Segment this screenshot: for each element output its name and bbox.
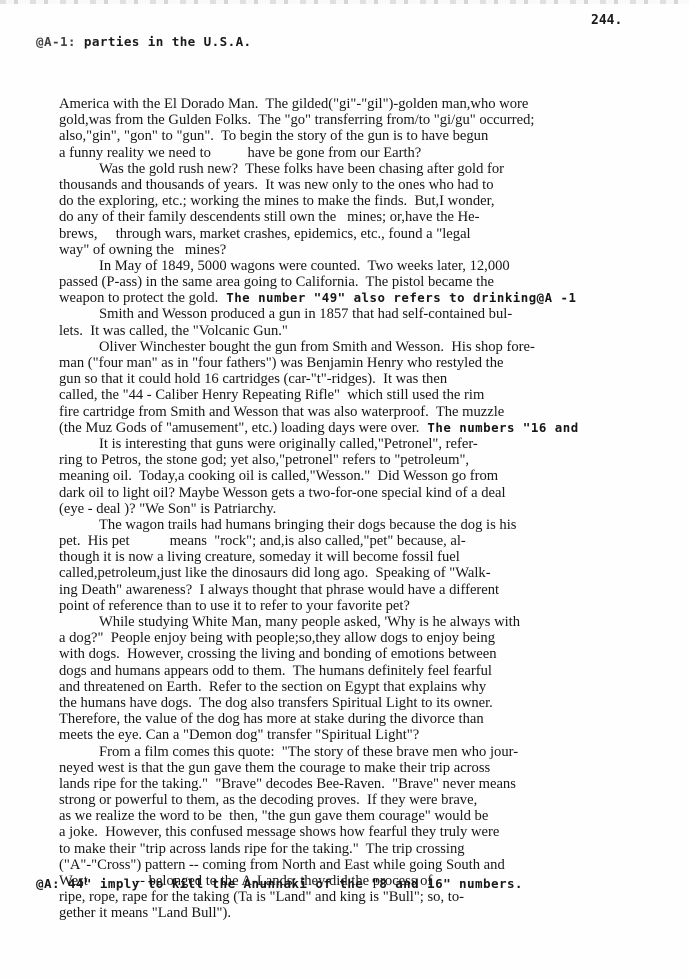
text-line: way" of owning the mines? [59, 242, 679, 258]
text-line: The wagon trails had humans bringing the… [59, 517, 679, 533]
text-line: Oliver Winchester bought the gun from Sm… [59, 339, 679, 355]
header-note-text: parties in the U.S.A. [76, 34, 252, 49]
text-line: dark oil to light oil? Maybe Wesson gets… [59, 485, 679, 501]
text-line: lets. It was called, the "Volcanic Gun." [59, 323, 679, 339]
document-body: America with the El Dorado Man. The gild… [59, 96, 679, 922]
text-line: Was the gold rush new? These folks have … [59, 161, 679, 177]
text-line: weapon to protect the gold. The number "… [59, 290, 679, 306]
text-line: In May of 1849, 5000 wagons were counted… [59, 258, 679, 274]
text-line: America with the El Dorado Man. The gild… [59, 96, 679, 112]
text-line: a dog?" People enjoy being with people;s… [59, 630, 679, 646]
text-line: gold,was from the Gulden Folks. The "go"… [59, 112, 679, 128]
footnote: @A: 44" imply to kill the Anunnaki of th… [36, 876, 523, 891]
page-number: 244. [591, 13, 622, 28]
text-line: ripe, rope, rape for the taking (Ta is "… [59, 889, 679, 905]
text-line: also,"gin", "gon" to "gun". To begin the… [59, 128, 679, 144]
text-line: ring to Petros, the stone god; yet also,… [59, 452, 679, 468]
typed-annotation: The number "49" also refers to drinking@… [218, 290, 576, 305]
text-line: point of reference than to use it to ref… [59, 598, 679, 614]
text-line: (the Muz Gods of "amusement", etc.) load… [59, 420, 679, 436]
text-line: fire cartridge from Smith and Wesson tha… [59, 404, 679, 420]
scan-edge-noise [0, 0, 689, 4]
typed-annotation: The numbers "16 and [419, 420, 578, 435]
text-line: with dogs. However, crossing the living … [59, 646, 679, 662]
text-line: Smith and Wesson produced a gun in 1857 … [59, 306, 679, 322]
text-line: pet. His pet means "rock"; and,is also c… [59, 533, 679, 549]
text-line: though it is now a living creature, some… [59, 549, 679, 565]
text-line: It is interesting that guns were origina… [59, 436, 679, 452]
text-line: From a film comes this quote: "The story… [59, 744, 679, 760]
text-line: to make their "trip across lands ripe fo… [59, 841, 679, 857]
text-line: meets the eye. Can a "Demon dog" transfe… [59, 727, 679, 743]
text-line: do any of their family descendents still… [59, 209, 679, 225]
text-line: Therefore, the value of the dog has more… [59, 711, 679, 727]
text-line: dogs and humans appears odd to them. The… [59, 663, 679, 679]
header-note-tag: @A-1: [36, 34, 76, 49]
text-line: brews, through wars, market crashes, epi… [59, 226, 679, 242]
text-line: the humans have dogs. The dog also trans… [59, 695, 679, 711]
text-line: ing Death" awareness? I always thought t… [59, 582, 679, 598]
text-line: thousands and thousands of years. It was… [59, 177, 679, 193]
text-line: gether it means "Land Bull"). [59, 905, 679, 921]
text-line: neyed west is that the gun gave them the… [59, 760, 679, 776]
text-line: do the exploring, etc.; working the mine… [59, 193, 679, 209]
text-line: While studying White Man, many people as… [59, 614, 679, 630]
text-line: ("A"-"Cross") pattern -- coming from Nor… [59, 857, 679, 873]
text-line: man ("four man" as in "four fathers") wa… [59, 355, 679, 371]
text-line: gun so that it could hold 16 cartridges … [59, 371, 679, 387]
text-line: and threatened on Earth. Refer to the se… [59, 679, 679, 695]
text-line: lands ripe for the taking." "Brave" deco… [59, 776, 679, 792]
text-line: called, the "44 - Caliber Henry Repeatin… [59, 387, 679, 403]
text-line: a funny reality we need to have be gone … [59, 145, 679, 161]
text-line: a joke. However, this confused message s… [59, 824, 679, 840]
text-line: called,petroleum,just like the dinosaurs… [59, 565, 679, 581]
text-line: meaning oil. Today,a cooking oil is call… [59, 468, 679, 484]
text-line: strong or powerful to them, as the decod… [59, 792, 679, 808]
text-line: passed (P-ass) in the same area going to… [59, 274, 679, 290]
text-line: (eye - deal )? "We Son" is Patriarchy. [59, 501, 679, 517]
text-line: as we realize the word to be then, "the … [59, 808, 679, 824]
header-note: @A-1: parties in the U.S.A. [36, 34, 252, 49]
